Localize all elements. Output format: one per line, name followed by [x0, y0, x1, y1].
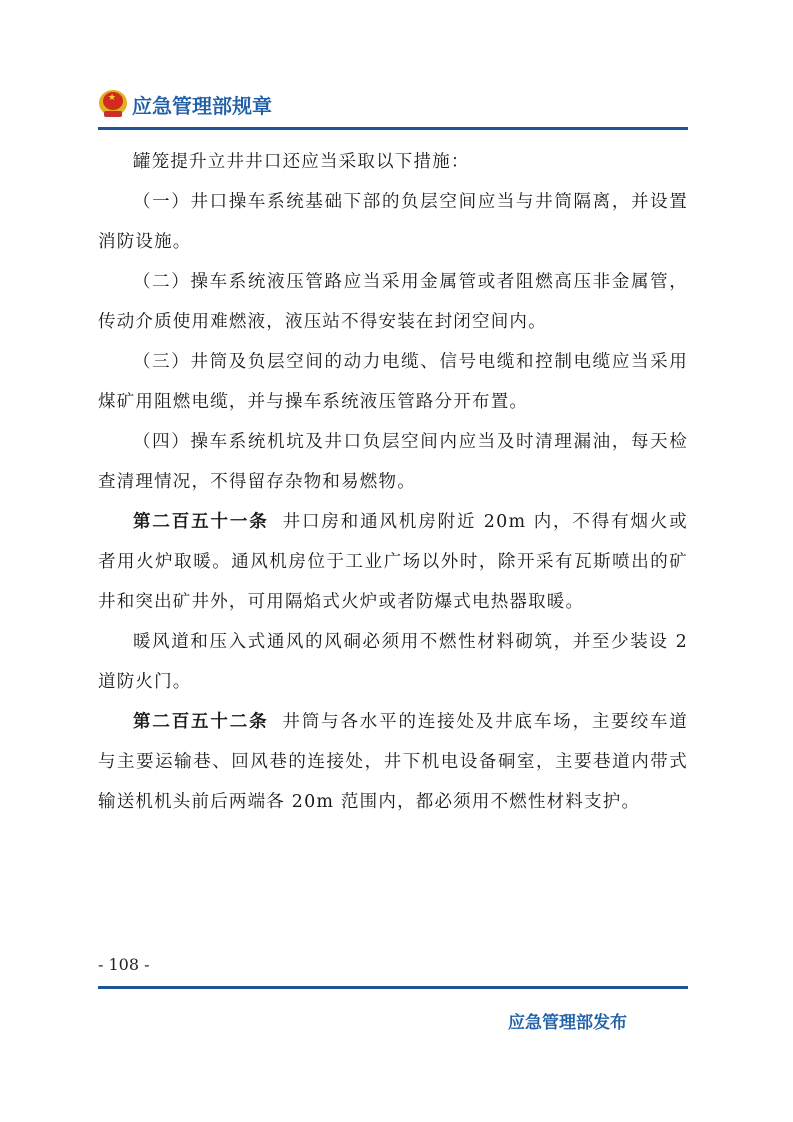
paragraph-item-3: （三）井筒及负层空间的动力电缆、信号电缆和控制电缆应当采用煤矿用阻燃电缆，并与操…: [98, 342, 688, 422]
article-number: 第二百五十二条: [133, 712, 268, 732]
paragraph-intro: 罐笼提升立井井口还应当采取以下措施：: [98, 142, 688, 182]
document-body: 罐笼提升立井井口还应当采取以下措施： （一）井口操车系统基础下部的负层空间应当与…: [98, 142, 688, 822]
footer-publisher: 应急管理部发布: [508, 1008, 627, 1033]
header-title: 应急管理部规章: [132, 90, 272, 119]
paragraph-fire-doors: 暖风道和压入式通风的风硐必须用不燃性材料砌筑，并至少装设 2 道防火门。: [98, 622, 688, 702]
article-251: 第二百五十一条井口房和通风机房附近 20m 内，不得有烟火或者用火炉取暖。通风机…: [98, 502, 688, 622]
article-252: 第二百五十二条井筒与各水平的连接处及井底车场，主要绞车道与主要运输巷、回风巷的连…: [98, 702, 688, 822]
article-number: 第二百五十一条: [133, 512, 269, 532]
page-number: - 108 -: [98, 955, 150, 974]
footer-divider: [98, 986, 688, 989]
paragraph-item-2: （二）操车系统液压管路应当采用金属管或者阻燃高压非金属管，传动介质使用难燃液，液…: [98, 262, 688, 342]
page-header: ★ 应急管理部规章: [98, 86, 272, 122]
paragraph-item-4: （四）操车系统机坑及井口负层空间内应当及时清理漏油，每天检查清理情况，不得留存杂…: [98, 422, 688, 502]
national-emblem-icon: ★: [98, 89, 128, 119]
paragraph-item-1: （一）井口操车系统基础下部的负层空间应当与井筒隔离，并设置消防设施。: [98, 182, 688, 262]
header-divider: [98, 127, 688, 130]
